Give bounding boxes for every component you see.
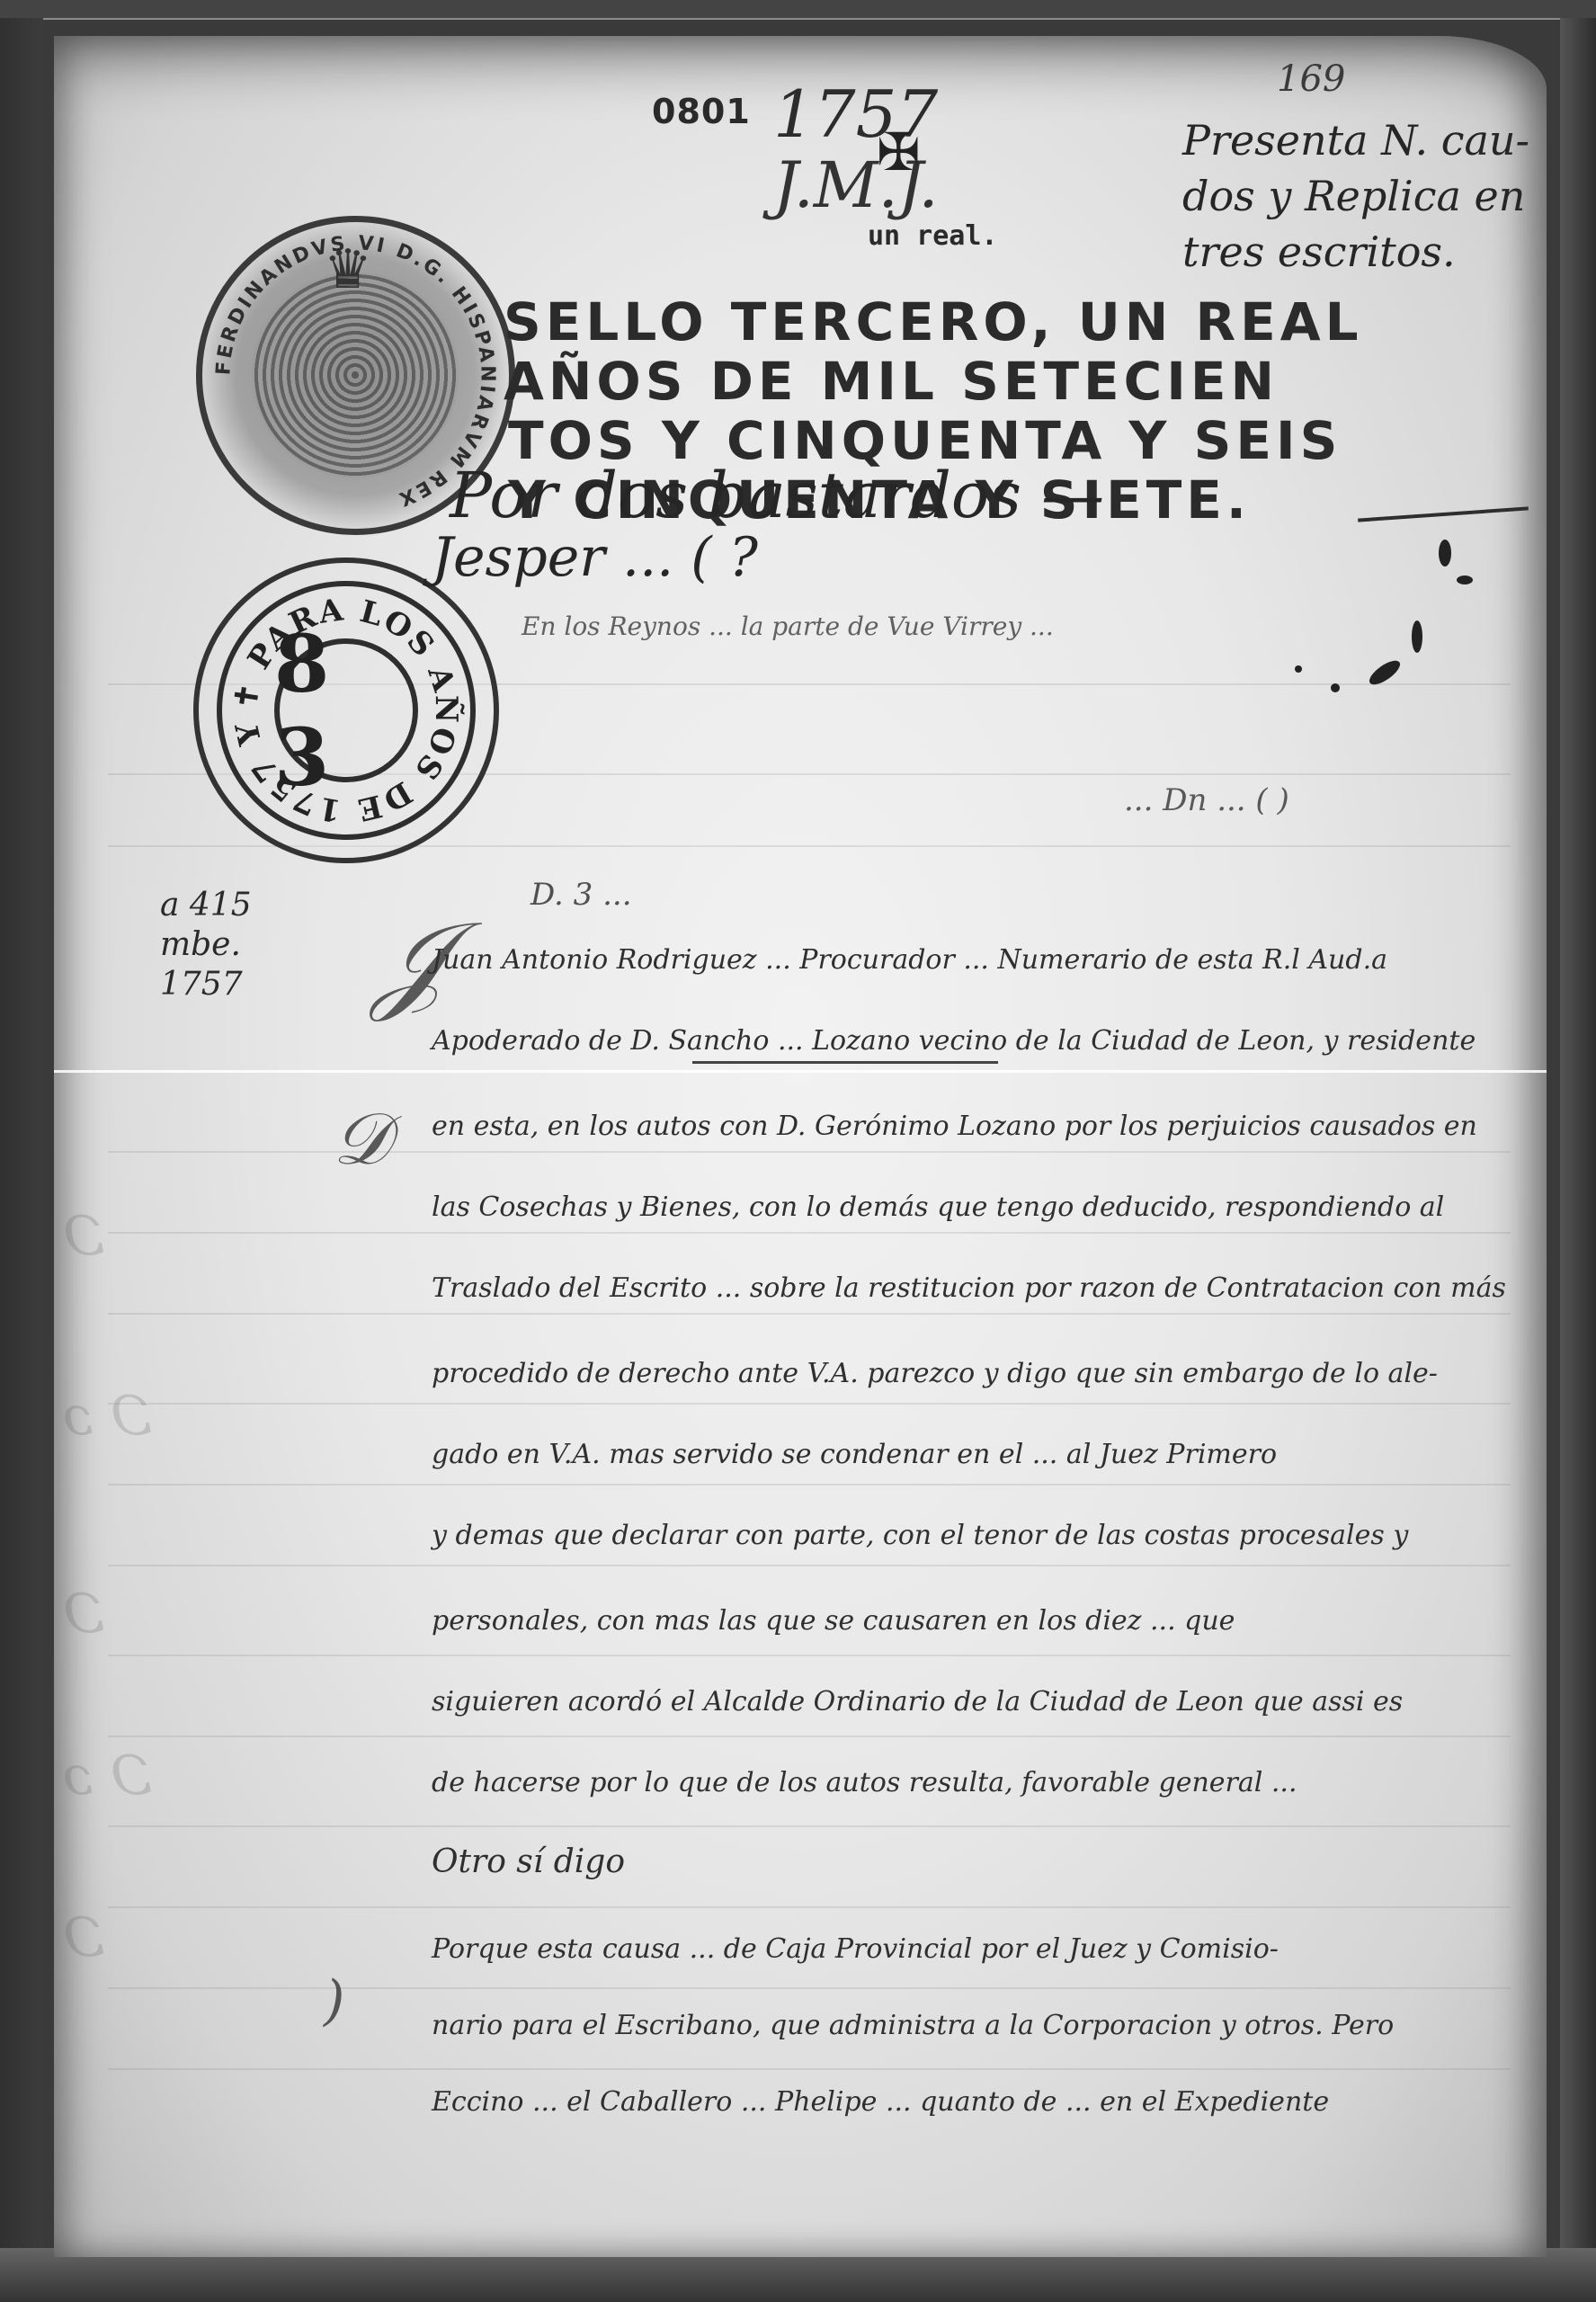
body-line: Porque esta causa ... de Caja Provincial…	[432, 1933, 1279, 1965]
body-line: las Cosechas y Bienes, con lo demás que …	[432, 1191, 1444, 1223]
stamp-value-label: un real.	[868, 220, 998, 252]
signature-line-2: Jesper ... ( ?	[432, 526, 758, 589]
scan-frame-top	[0, 0, 1596, 20]
ink-blot	[1331, 683, 1340, 692]
bleed-through-line	[108, 1825, 1511, 1827]
folio-number: 169	[1277, 58, 1345, 100]
body-line: en esta, en los autos con D. Gerónimo Lo…	[432, 1111, 1477, 1142]
bleed-through-line	[108, 1906, 1511, 1908]
body-line: procedido de derecho ante V.A. parezco y…	[432, 1358, 1438, 1389]
top-right-note: Presenta N. cau- dos y Replica en tres e…	[1182, 112, 1547, 280]
body-line: y demas que declarar con parte, con el t…	[432, 1520, 1408, 1551]
margin-note: a 415 mbe. 1757	[160, 886, 252, 1004]
top-note-line: Presenta N. cau-	[1182, 112, 1547, 168]
body-line: Traslado del Escrito ... sobre la restit…	[432, 1272, 1506, 1304]
scan-border-right	[1560, 18, 1596, 2302]
scan-border-left	[0, 18, 43, 2302]
body-line: gado en V.A. mas servido se condenar en …	[432, 1439, 1277, 1470]
heading-line: SELLO TERCERO, UN REAL	[495, 292, 1484, 352]
body-line: nario para el Escribano, que administra …	[432, 2010, 1394, 2041]
body-line: Apoderado de D. Sancho ... Lozano vecino…	[432, 1025, 1476, 1057]
underline-mark	[692, 1061, 998, 1064]
bleed-through-line	[108, 1655, 1511, 1656]
bleed-through-line	[108, 1565, 1511, 1566]
ink-blot	[1295, 665, 1302, 673]
signature-line-1: Por dos bastardos —	[450, 459, 1104, 532]
bleed-through-flourish: Ɔ ɔ	[63, 1385, 152, 1448]
bleed-through-line	[108, 2068, 1511, 2070]
top-note-line: tres escritos.	[1182, 224, 1547, 280]
margin-note-line: mbe.	[160, 925, 252, 965]
bleed-through-flourish: Ɔ	[63, 1906, 104, 1969]
ink-blot	[1439, 540, 1451, 567]
ink-blot	[1412, 620, 1422, 653]
fold-crease	[54, 1070, 1547, 1073]
marginal-flourish: )	[324, 1969, 344, 2032]
faded-line: ... Dn ... ( )	[1124, 782, 1289, 818]
ink-blot	[1457, 575, 1473, 584]
bleed-through-flourish: Ɔ ɔ	[63, 1744, 152, 1807]
svg-text:✝ PARA LOS AÑOS DE 1757 Y 58: ✝ PARA LOS AÑOS DE 1757 Y 58	[199, 563, 464, 828]
margin-note-line: a 415	[160, 886, 252, 925]
manuscript-page: Ɔ Ɔ ɔ Ɔ Ɔ ɔ Ɔ 0801 1757 169 J.M.J. ✠ un …	[54, 36, 1547, 2257]
bleed-through-flourish: Ɔ	[63, 1583, 104, 1646]
margin-note-line: 1757	[160, 965, 252, 1004]
archive-number: 0801	[652, 92, 751, 131]
tax-stamp-seal-icon: 8 3 ✝ PARA LOS AÑOS DE 1757 Y 58	[193, 558, 499, 863]
body-line: Otro sí digo	[432, 1843, 625, 1880]
faded-line: D. 3 ...	[531, 877, 632, 913]
bleed-through-flourish: Ɔ	[63, 1205, 104, 1268]
bleed-through-line	[108, 1735, 1511, 1737]
faded-line: En los Reynos ... la parte de Vue Virrey…	[522, 611, 1054, 641]
body-line: siguieren acordó el Alcalde Ordinario de…	[432, 1686, 1403, 1718]
body-line: Juan Antonio Rodriguez ... Procurador ..…	[432, 944, 1387, 976]
top-note-line: dos y Replica en	[1182, 168, 1547, 224]
body-line: Eccino ... el Caballero ... Phelipe ... …	[432, 2086, 1329, 2118]
heading-line: AÑOS DE MIL SETECIEN	[495, 352, 1484, 411]
marginal-flourish: 𝒟	[333, 1097, 390, 1182]
bleed-through-line	[108, 1484, 1511, 1486]
body-line: personales, con mas las que se causaren …	[432, 1605, 1235, 1637]
bleed-through-line	[108, 1403, 1511, 1405]
bleed-through-line	[108, 1232, 1511, 1234]
tax-stamp-legend: ✝ PARA LOS AÑOS DE 1757 Y 58	[199, 563, 494, 858]
bleed-through-line	[108, 1151, 1511, 1153]
body-line: de hacerse por lo que de los autos resul…	[432, 1767, 1297, 1798]
bleed-through-line	[108, 1313, 1511, 1315]
bleed-through-line	[108, 1987, 1511, 1989]
cross-icon: ✠	[877, 121, 921, 183]
